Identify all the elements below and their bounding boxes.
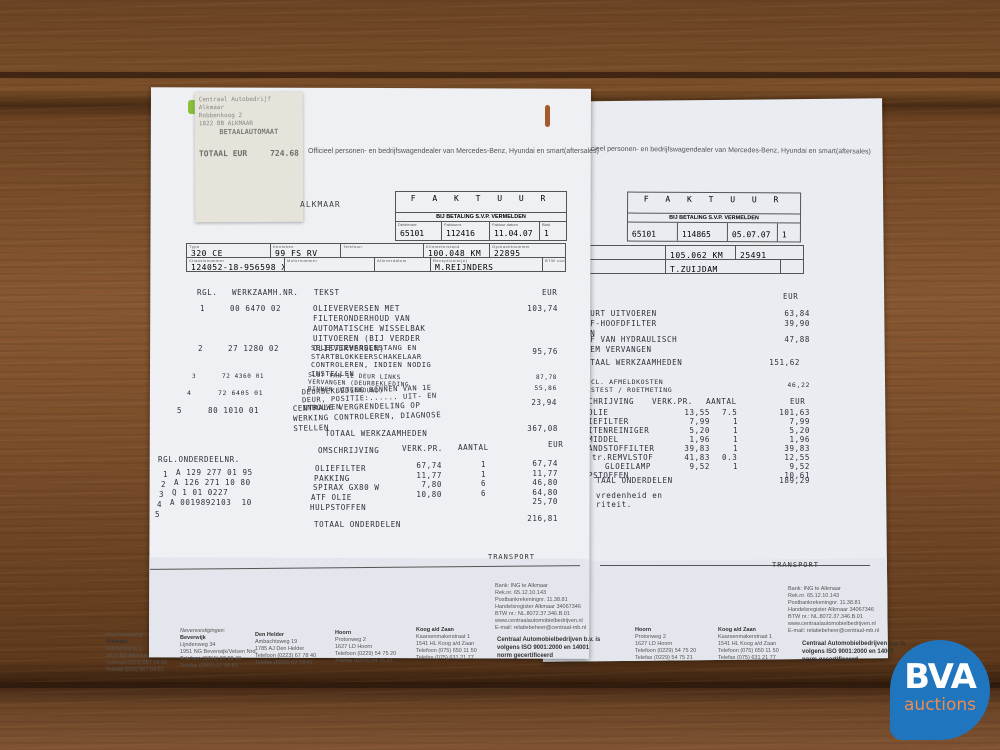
branch-address: Protonweg 2 xyxy=(635,634,696,641)
branch-tel: Telefoon (0223) 67 78 40 xyxy=(255,653,316,660)
parts-header-eur: EUR xyxy=(548,440,563,450)
chassisnummer-field: Chassisnummer124052-18-956598 X xyxy=(187,258,285,271)
parts-header-omschrijving: OMSCHRIJVING xyxy=(318,446,379,456)
branch-tel: Telefoon (0229) 54 75 20 xyxy=(335,651,396,658)
faktuur-datum: 05.07.07 xyxy=(728,223,778,241)
plank-gap xyxy=(0,72,1000,78)
chassis-value: 124052-18-956598 X xyxy=(191,263,285,271)
part-price: 9,52 xyxy=(660,462,710,472)
receipt-total-amount: 724.68 xyxy=(270,150,299,158)
bank-line: www.centraalautomobielbedrijven.nl xyxy=(495,618,586,625)
parts-header-rgl: RGL.ONDERDEELNR. xyxy=(158,455,240,465)
part-rgl: 5 xyxy=(155,510,160,520)
bank-line: Rek.nr. 65.12.10.143 xyxy=(788,593,879,600)
afleverdatum-field xyxy=(581,260,666,273)
datum-value: 11.04.07 xyxy=(494,229,533,238)
labor-line-right-1: BEURT UITVOEREN xyxy=(580,309,657,319)
part-desc: HULPSTOFFEN xyxy=(310,503,366,513)
part-price: 10,80 xyxy=(400,490,442,500)
faktuur-title: F A K T U U R xyxy=(628,193,800,215)
parts-total-label: TOTAAL ONDERDELEN xyxy=(314,520,401,530)
branch-address: Robbenkoog 2 xyxy=(106,646,167,653)
bank-info-left: Bank: ING te Alkmaar Rek.nr. 65.12.10.14… xyxy=(495,583,586,632)
part-nr: Q 1 01 0227 xyxy=(172,488,228,498)
koog-branch: Koog a/d Zaan Kaarsenmakerstraat 1 1541 … xyxy=(416,627,477,662)
branch-postcode: 1627 LD Hoorn xyxy=(635,641,696,648)
hoorn-branch: Hoorn Protonweg 2 1627 LD Hoorn Telefoon… xyxy=(335,630,396,665)
cell-label: Type xyxy=(189,244,200,249)
cert-line: Centraal Automobielbedrijven b.v. is xyxy=(497,636,600,644)
branch-postcode: 1541 HL Koog a/d Zaan xyxy=(416,641,477,648)
branch-tel: Telefoon (072) 567 04 00 xyxy=(106,660,167,667)
blad: 1 xyxy=(778,223,798,241)
bva-sub-text: auctions xyxy=(890,696,990,714)
btw-field xyxy=(781,260,803,273)
labor-header-rgl: RGL. xyxy=(197,288,217,298)
bank-line: Rek.nr. 65.12.10.143 xyxy=(495,590,586,597)
cell-label: Faktuurnr. xyxy=(444,222,462,227)
part-qty: 6 xyxy=(481,479,486,489)
labor-rgl: 1 xyxy=(200,304,205,314)
cert-line: Centraal Automobielbedrijven b.v. is xyxy=(802,640,905,648)
labor-total-label: TOTAAL WERKZAAMHEDEN xyxy=(325,429,427,439)
cell-label: Kenteken xyxy=(273,244,294,249)
part-desc: SPIRAX GX80 W xyxy=(313,483,380,493)
labor-total: 367,08 xyxy=(500,424,558,434)
bank-line: E-mail: relatiebeheer@centraal-mb.nl xyxy=(495,625,586,632)
afleverdatum-field: Afleverdatum xyxy=(375,258,431,271)
dealer-tagline-left: Officieel personen- en bedrijfswagendeal… xyxy=(308,148,599,155)
labor-eur: 23,94 xyxy=(505,398,557,408)
transport-label-right: TRANSPORT xyxy=(772,561,819,569)
labor-eur-right-3: 47,88 xyxy=(760,335,810,345)
branch-name: Den Helder xyxy=(255,632,284,638)
cell-label: Motornummer xyxy=(287,258,317,263)
labor-nr: 00 6470 02 xyxy=(230,304,281,314)
labor-eur: 95,76 xyxy=(500,347,558,357)
labor-eur: 87,78 xyxy=(505,373,557,383)
apk-eur: 46,22 xyxy=(760,380,810,390)
branch-address: Ambachtsweg 19 xyxy=(255,639,316,646)
part-qty: 6 xyxy=(481,489,486,499)
apk-line-2: GASTEST / ROETMETING xyxy=(582,386,672,394)
payment-receipt: Centraal Autobedrijf Alkmaar Robbenkoog … xyxy=(195,92,304,223)
bank-line: BTW nr.: NL.8072.37.346.B.01 xyxy=(788,614,879,621)
branch-fax: Telefax (075) 631 21 77 xyxy=(718,655,779,662)
part-eur: 25,70 xyxy=(510,497,558,507)
bva-brand-text: BVA xyxy=(890,660,990,694)
labor-total-label-right: TOTAAL WERKZAAMHEDEN xyxy=(580,358,682,368)
bank-line: Postbankrekeningnr. 11.38.81 xyxy=(788,600,879,607)
kenteken-value: 99 FS RV xyxy=(275,249,318,257)
bva-auctions-logo: BVA auctions xyxy=(890,640,990,740)
part-desc: ATF OLIE xyxy=(311,493,352,503)
note-line-2: riteit. xyxy=(596,500,632,510)
kilometerstand-field: Kilometerstand100.048 KM xyxy=(424,244,490,257)
labor-eur-right-2: 39,90 xyxy=(760,319,810,329)
bank-line: Handelsregister Alkmaar 34067346 xyxy=(495,604,586,611)
cell-label: Debiteurnr. xyxy=(398,222,418,227)
part-eur: 46,80 xyxy=(510,478,558,488)
labor-header-tekst: TEKST xyxy=(314,288,340,298)
blad-value: 1 xyxy=(544,229,549,238)
type-field: Type320 CE xyxy=(187,244,271,257)
labor-line-right-3: TOF VAN HYDRAULISCH TEEM VERVANGEN xyxy=(580,335,677,355)
branch-tel: Telefoon (0229) 54 75 20 xyxy=(635,648,696,655)
btw-field: BTW code xyxy=(543,258,565,271)
bank-line: BTW nr.: NL.8072.37.346.B.01 xyxy=(495,611,586,618)
labor-rgl: 3 xyxy=(192,373,196,380)
parts-header-eur-right: EUR xyxy=(790,397,805,407)
branch-fax: Telefax (072) 567 04 51 xyxy=(106,667,167,674)
labor-eur: 103,74 xyxy=(500,304,558,314)
branch-fax: Telefax (0251) 27 99 41 xyxy=(180,663,257,670)
part-rgl: 4 xyxy=(157,500,162,510)
cell-label: Chassisnummer xyxy=(189,258,224,263)
debiteur-nr: Debiteurnr.65101 xyxy=(396,222,442,240)
parts-header-aantal: AANTAL xyxy=(458,443,489,453)
labor-rgl: 5 xyxy=(177,406,182,416)
branch-fax: Telefax (0229) 54 75 21 xyxy=(335,658,396,665)
labor-header-nr: WERKZAAMH.NR. xyxy=(232,288,299,298)
blad: Blad1 xyxy=(540,222,564,240)
plank-gap xyxy=(0,682,1000,688)
parts-total: 216,81 xyxy=(510,514,558,524)
branch-postcode: 1951 NG Beverwijk/Velsen Nrd. xyxy=(180,649,257,656)
cell-label: Receptionist(e) xyxy=(433,258,467,263)
opdrachtnummer-field: 25491 xyxy=(736,246,803,259)
branch-name: Alkmaar xyxy=(106,639,128,645)
kilometerstand-field: 105.062 KM xyxy=(666,246,736,259)
parts-header-verk-pr: VERK.PR. xyxy=(402,444,443,454)
kenteken-field: Kenteken99 FS RV xyxy=(271,244,341,257)
labor-eur-right-1: 63,84 xyxy=(760,309,810,319)
labor-nr: 27 1280 02 xyxy=(228,344,279,354)
part-nr: A 129 277 01 95 xyxy=(176,468,253,478)
branch-postcode: 1627 LD Hoorn xyxy=(335,644,396,651)
receptionist-field: Receptionist(e)M.REIJNDERS xyxy=(431,258,543,271)
branch-address: Kaarsenmakerstraat 1 xyxy=(416,634,477,641)
part-qty: 1 xyxy=(481,460,486,470)
branch-postcode: 1785 AJ Den Helder xyxy=(255,646,316,653)
labor-header-eur: EUR xyxy=(542,288,557,298)
parts-total-label-right: TAAL ONDERDELEN xyxy=(596,476,673,486)
faktuur-box-right: F A K T U U R BIJ BETALING S.V.P. VERMEL… xyxy=(627,192,801,243)
branch-tel: Telefoon (0251) 27 99 40 xyxy=(180,656,257,663)
part-price: 7,80 xyxy=(400,480,442,490)
bank-line: Bank: ING te Alkmaar xyxy=(788,586,879,593)
labor-eur: 55,86 xyxy=(505,383,557,393)
cert-line: volgens ISO 9001:2000 en 14001 xyxy=(497,644,600,652)
beverwijk-branch: Nevenvestigingen: Beverwijk Lijndenweg 3… xyxy=(180,628,257,670)
faktuur-nr: 114865 xyxy=(678,223,728,241)
parts-total-right: 189,29 xyxy=(760,476,810,486)
part-rgl: 2 xyxy=(161,480,166,490)
labor-rgl: 4 xyxy=(187,389,192,397)
labor-rgl: 2 xyxy=(198,344,203,354)
bank-line: Postbankrekeningnr. 11.38.81 xyxy=(495,597,586,604)
labor-total-right: 151,62 xyxy=(740,358,800,368)
motornummer-field: Motornummer xyxy=(285,258,375,271)
den-helder-branch: Den Helder Ambachtsweg 19 1785 AJ Den He… xyxy=(255,632,316,667)
hoofdvestiging-label: Hoofdvestiging: xyxy=(106,632,167,639)
cell-label: BTW code xyxy=(545,258,565,263)
cell-label: Faktuur datum xyxy=(492,222,518,227)
bank-line: www.centraalautomobielbedrijven.nl xyxy=(788,621,879,628)
iso-cert-left: Centraal Automobielbedrijven b.v. is vol… xyxy=(497,636,600,660)
bank-line: Handelsregister Alkmaar 34067346 xyxy=(788,607,879,614)
divider xyxy=(600,565,870,566)
cell-label: Afleverdatum xyxy=(377,258,407,263)
branch-name: Hoorn xyxy=(335,630,351,636)
part-rgl: 3 xyxy=(159,490,164,500)
faktuur-nr: Faktuurnr.112416 xyxy=(442,222,490,240)
receipt-total-label: TOTAAL xyxy=(199,149,228,158)
opdrachtnummer-field: Opdrachtnummer22895 xyxy=(490,244,565,257)
transport-label-left: TRANSPORT xyxy=(488,553,535,561)
part-price: 67,74 xyxy=(400,461,442,471)
cell-label: Blad xyxy=(542,222,550,227)
faktuur-title: F A K T U U R xyxy=(396,192,566,213)
receipt-total-row: TOTAAL EUR 724.68 xyxy=(199,150,299,159)
labor-nr: 80 1010 01 xyxy=(208,406,259,416)
cell-label: Opdrachtnummer xyxy=(492,244,530,249)
labor-nr: 72 6405 01 xyxy=(218,389,263,397)
debiteur-nr: 65101 xyxy=(628,223,678,241)
nevenvestigingen-label: Nevenvestigingen: xyxy=(180,628,257,635)
faktuur-subtitle: BIJ BETALING S.V.P. VERMELDEN xyxy=(396,213,566,222)
branch-name: Hoorn xyxy=(635,627,651,633)
branch-tel: Telefoon (075) 650 11 50 xyxy=(718,648,779,655)
branch-postcode: 1541 HL Koog a/d Zaan xyxy=(718,641,779,648)
telefoon-field xyxy=(581,246,666,259)
type-value: 320 CE xyxy=(191,249,223,257)
hoorn-branch-right: Hoorn Protonweg 2 1627 LD Hoorn Telefoon… xyxy=(635,627,696,662)
rust-stain xyxy=(545,105,550,127)
bank-info-right: Bank: ING te Alkmaar Rek.nr. 65.12.10.14… xyxy=(788,586,879,635)
branch-name: Beverwijk xyxy=(180,635,206,641)
receipt-currency: EUR xyxy=(233,149,248,158)
bank-line: E-mail: relatiebeheer@centraal-mb.nl xyxy=(788,628,879,635)
parts-header-desc-right: SCHRIJVING xyxy=(583,397,634,407)
cert-line: volgens ISO 9001:2000 en 14001 xyxy=(802,648,905,656)
branch-fax: Telefax (075) 631 21 77 xyxy=(416,655,477,662)
city-label: ALKMAAR xyxy=(300,200,341,209)
hoofdvestiging: Hoofdvestiging: Alkmaar Robbenkoog 2 182… xyxy=(106,632,167,674)
faktuur-value: 112416 xyxy=(446,229,475,238)
labor-nr: 72 4360 01 xyxy=(222,373,264,380)
vehicle-info-left: Type320 CE Kenteken99 FS RV Telefoon Kil… xyxy=(186,243,566,272)
km-value: 100.048 KM xyxy=(428,249,481,257)
koog-branch-right: Koog a/d Zaan Kaarsenmakerstraat 1 1541 … xyxy=(718,627,779,662)
telefoon-field: Telefoon xyxy=(341,244,424,257)
part-desc: OLIEFILTER xyxy=(315,464,366,474)
branch-address: Lijndenweg 34 xyxy=(180,642,257,649)
branch-fax: Telefax (0223) 67 78 41 xyxy=(255,660,316,667)
branch-name: Koog a/d Zaan xyxy=(718,627,756,633)
receptionist-value: M.REIJNDERS xyxy=(435,263,493,271)
parts-header-qty-right: AANTAL xyxy=(706,397,737,407)
part-eur: 67,74 xyxy=(510,459,558,469)
debiteur-value: 65101 xyxy=(400,229,424,238)
branch-address: Kaarsenmakerstraat 1 xyxy=(718,634,779,641)
part-rgl: 1 xyxy=(163,470,168,480)
part-nr: A 126 271 10 80 xyxy=(174,478,251,488)
part-qty: 1 xyxy=(733,462,738,472)
opdracht-value: 22895 xyxy=(494,249,521,257)
branch-tel: Telefoon (075) 650 11 50 xyxy=(416,648,477,655)
bank-line: Bank: ING te Alkmaar xyxy=(495,583,586,590)
cell-label: Telefoon xyxy=(343,244,362,249)
eur-header-right: EUR xyxy=(783,292,798,302)
faktuur-box-left: F A K T U U R BIJ BETALING S.V.P. VERMEL… xyxy=(395,191,567,241)
faktuur-datum: Faktuur datum11.04.07 xyxy=(490,222,540,240)
branch-address: Protonweg 2 xyxy=(335,637,396,644)
cert-line: norm gecertificeerd xyxy=(497,652,600,660)
branch-postcode: 1822 BB Alkmaar xyxy=(106,653,167,660)
apk-line-1: INCL. AFMELDKOSTEN xyxy=(582,378,663,386)
parts-header-price-right: VERK.PR. xyxy=(652,397,693,407)
branch-fax: Telefax (0229) 54 75 21 xyxy=(635,655,696,662)
vehicle-info-right: 105.062 KM 25491 T.ZUIJDAM xyxy=(580,245,804,274)
branch-name: Koog a/d Zaan xyxy=(416,627,454,633)
receptionist-field: T.ZUIJDAM xyxy=(666,260,781,273)
cell-label: Kilometerstand xyxy=(426,244,460,249)
part-nr: A 0019892103 10 xyxy=(170,498,252,508)
